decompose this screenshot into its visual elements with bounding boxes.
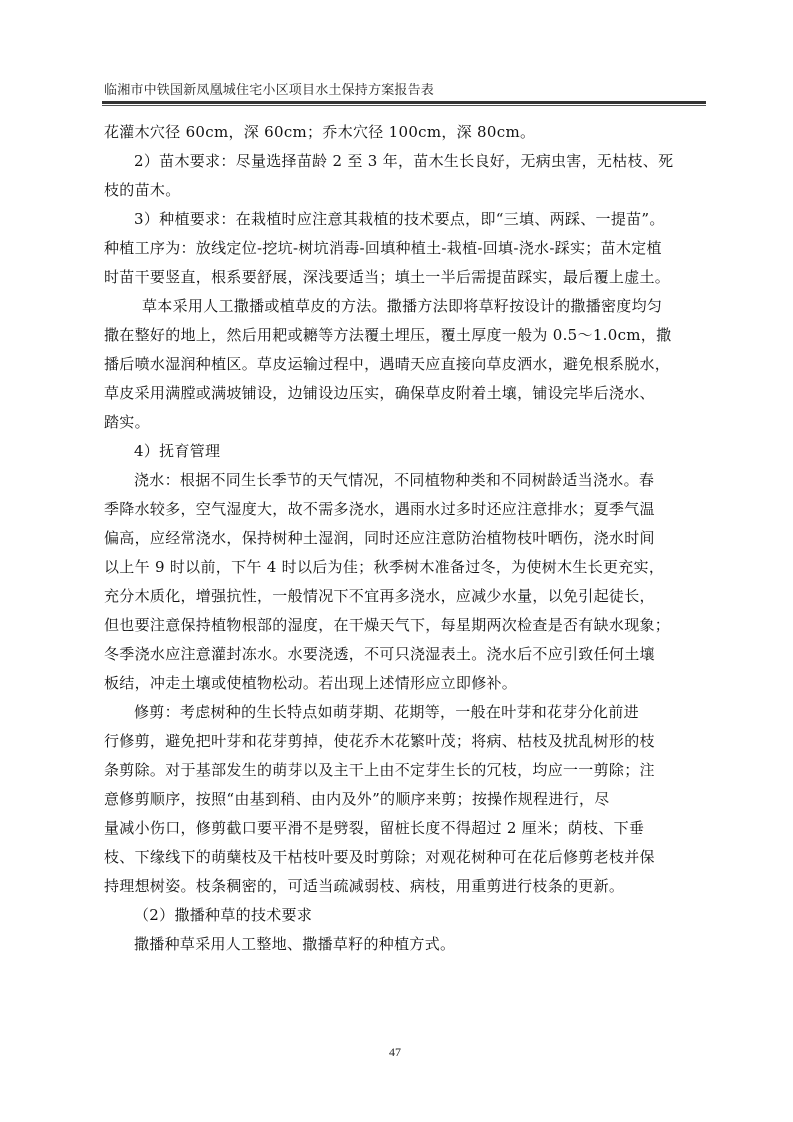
text-line: 条剪除。对于基部发生的萌芽以及主干上由不定芽生长的冗枝，均应一一剪除；注: [104, 756, 707, 785]
text-line: 但也要注意保持植物根部的湿度，在干燥天气下，每星期两次检查是否有缺水现象；: [104, 611, 707, 640]
text-line: 撒播种草采用人工整地、撒播草籽的种植方式。: [104, 930, 707, 959]
text-line: 3）种植要求：在栽植时应注意其栽植的技术要点，即“三填、两踩、一提苗”。: [104, 205, 707, 234]
text-line: 枝、下缘线下的萌蘖枝及干枯枝叶要及时剪除；对观花树种可在花后修剪老枝并保: [104, 843, 707, 872]
text-line: 冬季浇水应注意灌封冻水。水要浇透，不可只浇湿表土。浇水后不应引致任何土壤: [104, 640, 707, 669]
section-heading: （2）撒播种草的技术要求: [104, 901, 707, 930]
header-divider-thin: [102, 105, 706, 106]
header-divider: [102, 101, 706, 104]
text-line: 草皮采用满膛或满坡铺设，边铺设边压实，确保草皮附着土壤，铺设完毕后浇水、: [104, 379, 707, 408]
text-line: 撒在整好的地上，然后用耙或耱等方法覆土埋压，覆土厚度一般为 0.5～1.0cm，…: [104, 321, 707, 350]
document-body: 花灌木穴径 60cm，深 60cm；乔木穴径 100cm，深 80cm。 2）苗…: [104, 118, 707, 959]
text-line: 以上午 9 时以前，下午 4 时以后为佳；秋季树木准备过冬，为使树木生长更充实，: [104, 553, 707, 582]
text-line: 修剪：考虑树种的生长特点如萌芽期、花期等，一般在叶芽和花芽分化前进: [104, 698, 707, 727]
text-line: 行修剪，避免把叶芽和花芽剪掉，使花乔木花繁叶茂；将病、枯枝及扰乱树形的枝: [104, 727, 707, 756]
text-line: 枝的苗木。: [104, 176, 707, 205]
text-line: 持理想树姿。枝条稠密的，可适当疏减弱枝、病枝，用重剪进行枝条的更新。: [104, 872, 707, 901]
text-line: 踏实。: [104, 408, 707, 437]
text-line: 季降水较多，空气湿度大，故不需多浇水，遇雨水过多时还应注意排水；夏季气温: [104, 495, 707, 524]
text-line: 草本采用人工撒播或植草皮的方法。撒播方法即将草籽按设计的撒播密度均匀: [104, 292, 707, 321]
text-line: 板结，冲走土壤或使植物松动。若出现上述情形应立即修补。: [104, 669, 707, 698]
document-header-title: 临湘市中铁国新凤凰城住宅小区项目水土保持方案报告表: [104, 79, 434, 98]
text-line: 充分木质化，增强抗性，一般情况下不宜再多浇水，应减少水量，以免引起徒长，: [104, 582, 707, 611]
text-line: 偏高，应经常浇水，保持树种土湿润，同时还应注意防治植物枝叶晒伤，浇水时间: [104, 524, 707, 553]
text-line: 浇水：根据不同生长季节的天气情况，不同植物种类和不同树龄适当浇水。春: [104, 466, 707, 495]
page-number: 47: [389, 1045, 401, 1060]
section-heading: 4）抚育管理: [104, 437, 707, 466]
text-line: 播后喷水湿润种植区。草皮运输过程中，遇晴天应直接向草皮洒水，避免根系脱水，: [104, 350, 707, 379]
text-line: 2）苗木要求：尽量选择苗龄 2 至 3 年，苗木生长良好，无病虫害，无枯枝、死: [104, 147, 707, 176]
text-line: 量减小伤口，修剪截口要平滑不是劈裂，留桩长度不得超过 2 厘米；荫枝、下垂: [104, 814, 707, 843]
text-line: 意修剪顺序，按照“由基到稍、由内及外”的顺序来剪；按操作规程进行，尽: [104, 785, 707, 814]
text-line: 花灌木穴径 60cm，深 60cm；乔木穴径 100cm，深 80cm。: [104, 118, 707, 147]
text-line: 种植工序为：放线定位-挖坑-树坑消毒-回填种植土-栽植-回填-浇水-踩实；苗木定…: [104, 234, 707, 263]
text-line: 时苗干要竖直，根系要舒展，深浅要适当；填土一半后需提苗踩实，最后覆上虚土。: [104, 263, 707, 292]
